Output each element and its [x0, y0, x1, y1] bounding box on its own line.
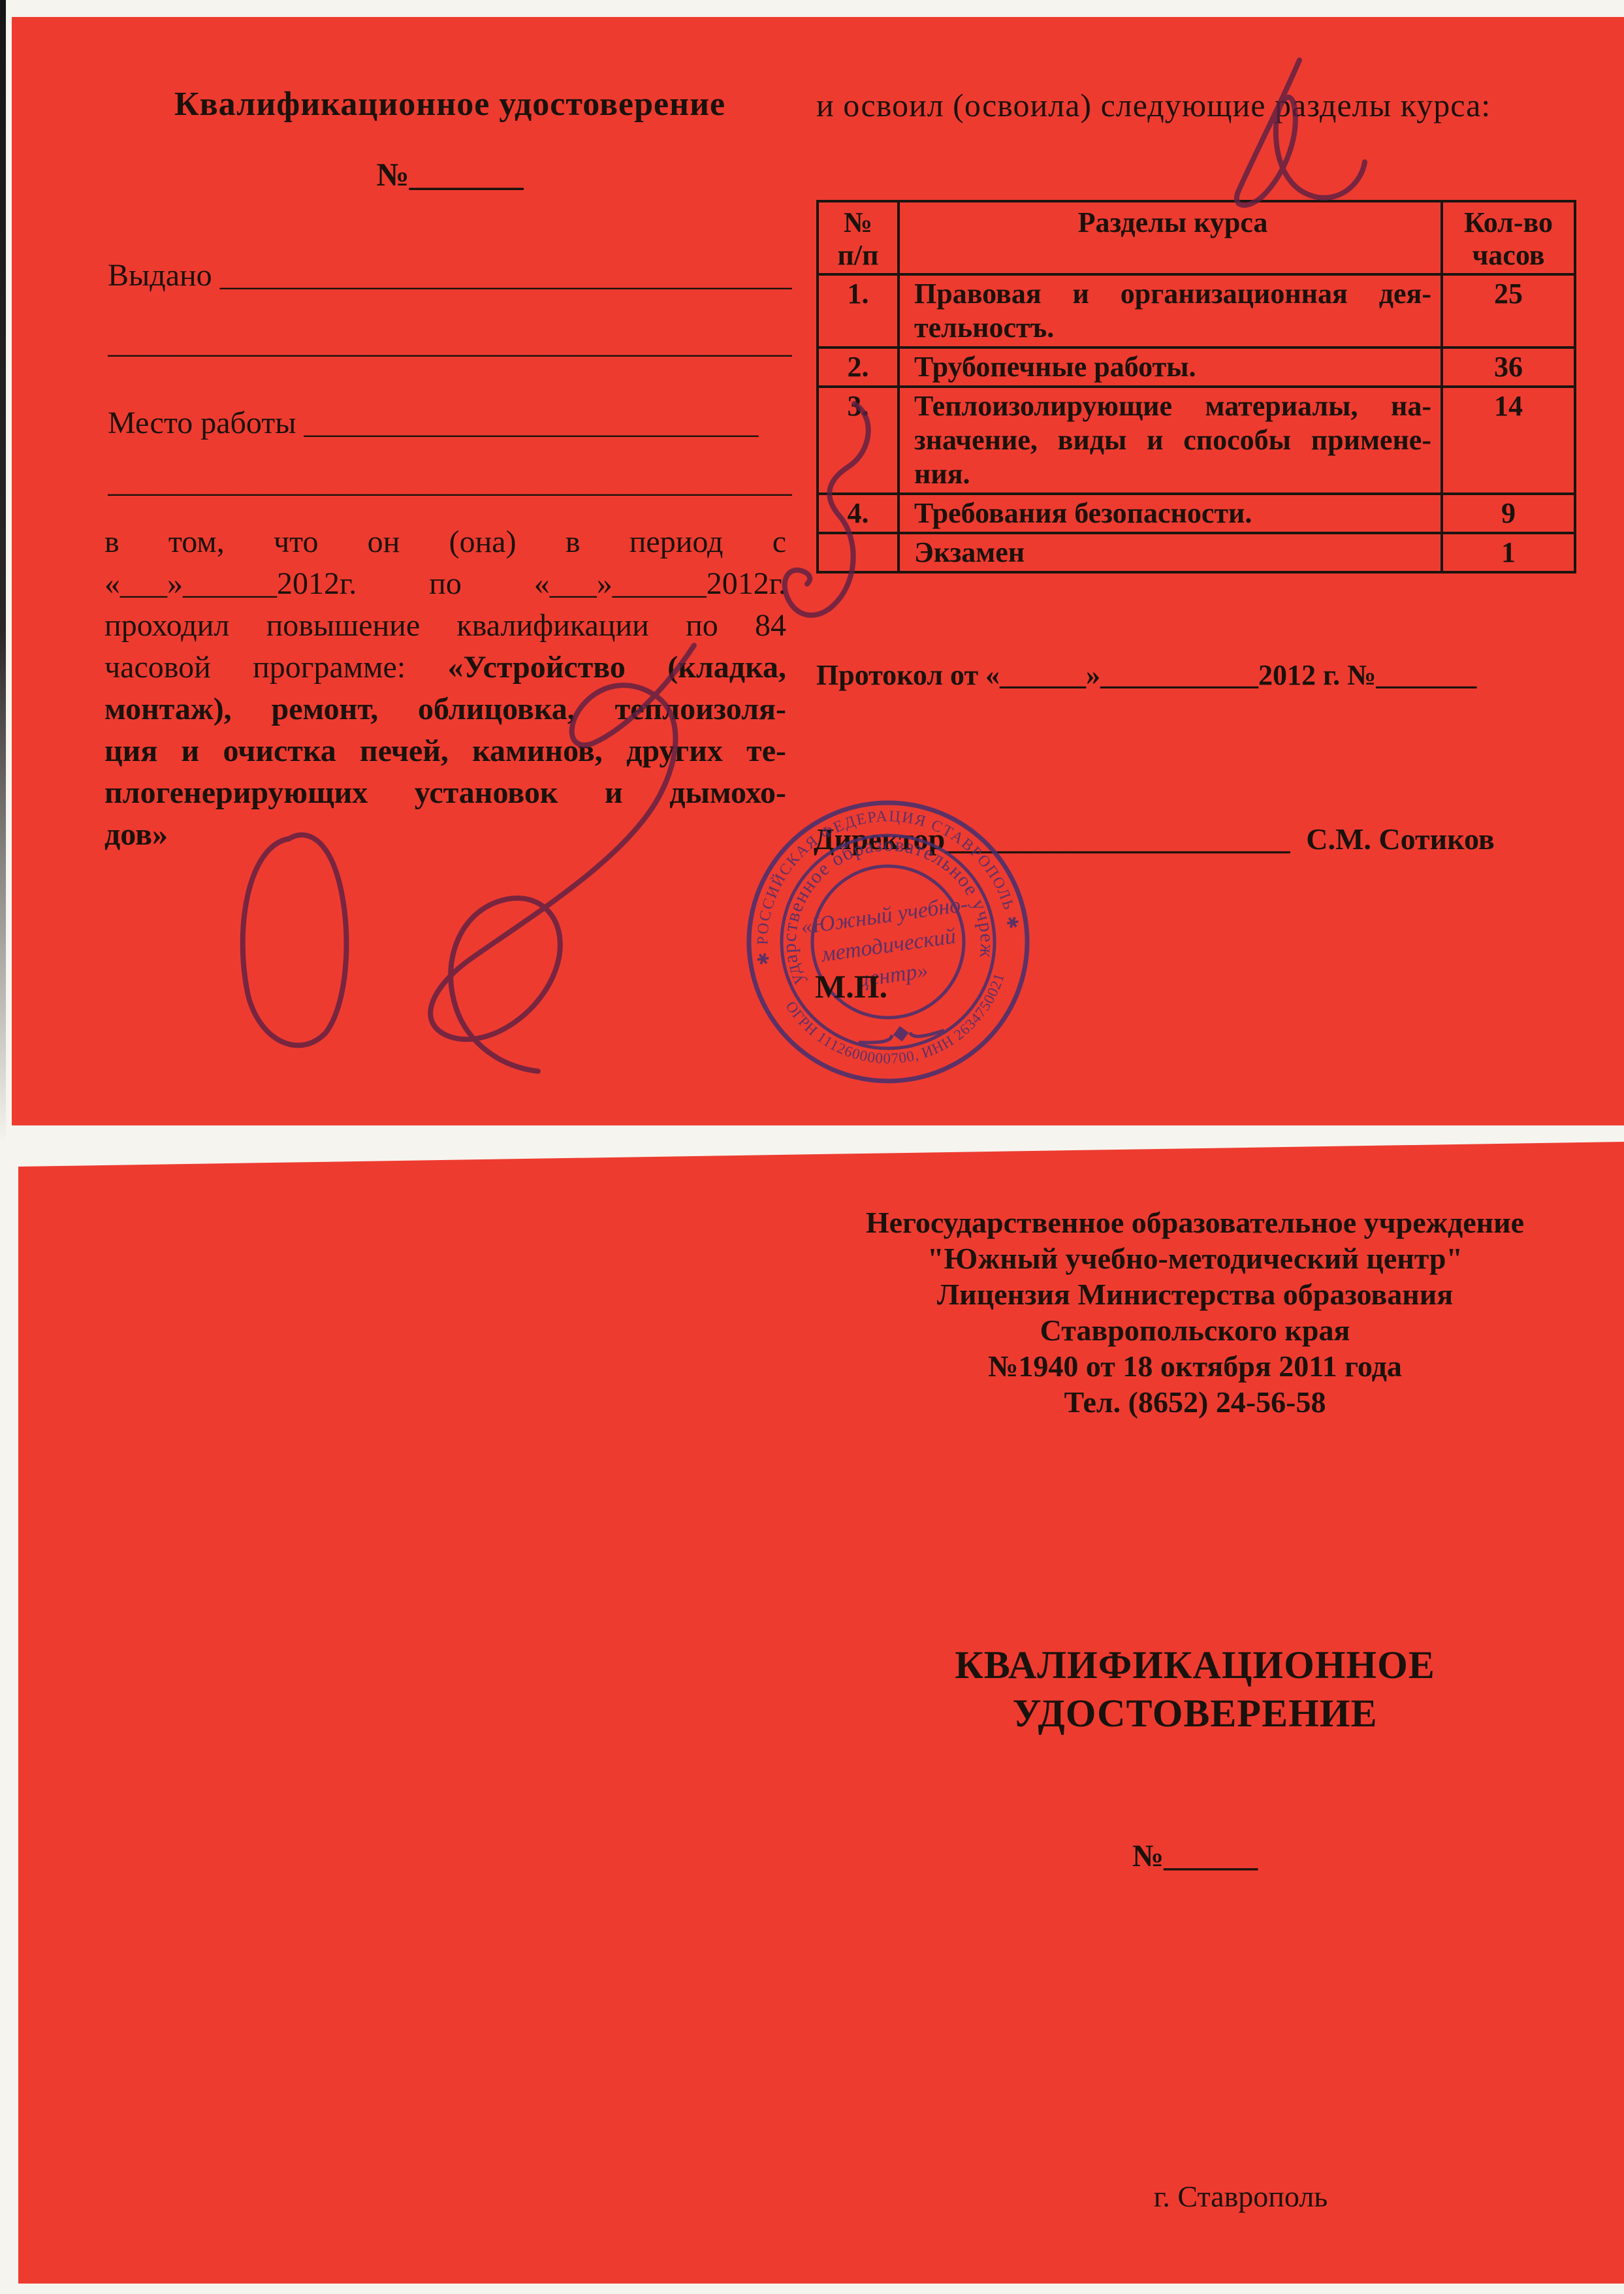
blank-line: ________________________________________… [108, 464, 792, 500]
header-cell-hours: Кол-во часов [1442, 201, 1575, 274]
table-row: Экзамен 1 [818, 533, 1575, 572]
org-line: "Южный учебно-методический центр" [751, 1240, 1624, 1276]
paragraph-line: в том, что он (она) в период с [104, 521, 786, 563]
course-sections-table: № п/п Разделы курса Кол-во часов 1. Прав… [816, 200, 1576, 573]
workplace-label: Место работы [108, 406, 296, 440]
blank-line: ________________________________________… [108, 325, 792, 361]
scanned-certificate-sheet: Квалификационное удостоверение №_______ … [0, 0, 1624, 2294]
issued-to-field: Выдано _________________________________… [108, 257, 792, 293]
paragraph-line: «___»______2012г. по «___»______2012г. [104, 563, 786, 605]
certificate-cover-page: Негосударственное образовательное учрежд… [18, 1142, 1624, 2284]
certificate-inner-page: Квалификационное удостоверение №_______ … [12, 17, 1624, 1125]
director-name: С.М. Сотиков [1306, 822, 1494, 856]
workplace-blank-line: _____________________________ [304, 406, 759, 440]
org-line: Лицензия Министерства образования [751, 1276, 1624, 1312]
seal-place-mark: М.П. [815, 967, 887, 1005]
paragraph-line: ция и очистка печей, каминов, других те- [104, 730, 786, 772]
protocol-line: Протокол от «______»___________2012 г. №… [816, 658, 1574, 692]
paragraph-line: плогенерирующих установок и дымохо- [104, 772, 786, 814]
cover-title: КВАЛИФИКАЦИОННОЕ УДОСТОВЕРЕНИЕ [751, 1641, 1624, 1737]
scanner-edge-shadow [0, 0, 6, 1143]
table-row: 4. Требования безопасности. 9 [818, 494, 1575, 533]
certificate-title: Квалификационное удостоверение [77, 85, 823, 123]
stamp-flourish-icon [892, 1025, 910, 1042]
workplace-field: Место работы ___________________________… [108, 405, 792, 441]
org-line: Ставропольского края [751, 1312, 1624, 1348]
issued-to-blank-line: ______________________________________ [220, 258, 792, 293]
round-stamp: ✱ РОССИЙСКАЯ ФЕДЕРАЦИЯ СТАВРОПОЛЬ ✱ ОГРН… [738, 792, 1038, 1092]
table-row: 2. Трубопечные работы. 36 [818, 347, 1575, 387]
paragraph-line: монтаж), ремонт, облицовка, теплоизоля- [104, 688, 786, 730]
table-header-row: № п/п Разделы курса Кол-во часов [818, 201, 1575, 274]
course-sections-intro: и освоил (освоила) следующие разделы кур… [816, 86, 1593, 124]
paragraph-line: часовой программе: «Устройство (кладка, [104, 647, 786, 688]
org-line: Тел. (8652) 24-56-58 [751, 1384, 1624, 1420]
certificate-number-blank: №_______ [77, 155, 823, 193]
training-description-paragraph: в том, что он (она) в период с «___»____… [104, 521, 786, 856]
organization-header: Негосударственное образовательное учрежд… [751, 1204, 1624, 1420]
org-line: Негосударственное образовательное учрежд… [751, 1204, 1624, 1240]
pen-scribble [1237, 60, 1365, 205]
header-cell-number: № п/п [818, 201, 899, 274]
paragraph-line: дов» [104, 814, 786, 856]
table-row: 3. Теплоизолирующие материалы, на- значе… [818, 387, 1575, 494]
issued-to-label: Выдано [108, 258, 212, 293]
city-line: г. Ставрополь [751, 2179, 1624, 2214]
org-line: №1940 от 18 октября 2011 года [751, 1348, 1624, 1384]
paragraph-line: проходил повышение квалификации по 84 [104, 605, 786, 647]
pen-scribble [243, 835, 347, 1045]
header-cell-sections: Разделы курса [899, 201, 1442, 274]
table-row: 1. Правовая и организационная дея- тельн… [818, 274, 1575, 347]
cover-number-blank: №______ [751, 1838, 1624, 1874]
